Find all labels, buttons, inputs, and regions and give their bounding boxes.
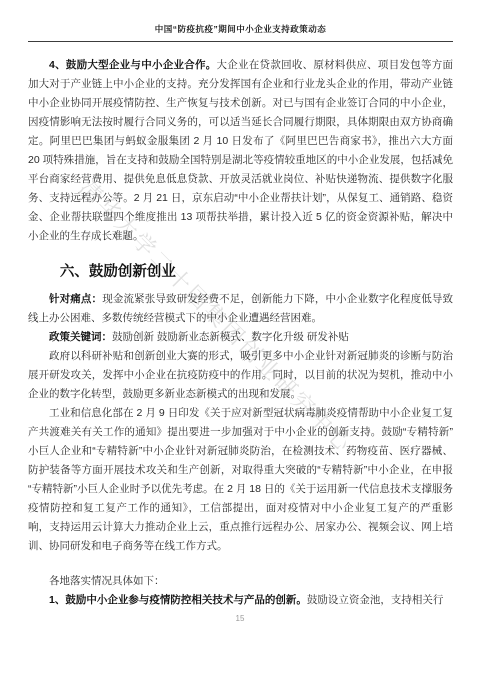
paragraph-text: 大企业在贷款回收、原材料供应、项目发包等方面加大对于产业链上中小企业的支持。充分… (28, 59, 453, 242)
paragraph: 各地落实情况具体如下： (28, 572, 453, 591)
paragraph-bold-lead: 针对痛点： (49, 293, 102, 305)
paragraph-text: 工业和信息化部在 2 月 9 日印发《关于应对新型冠状病毒肺炎疫情帮助中小企业复… (28, 407, 453, 552)
paragraph-bold-lead: 4、鼓励大型企业与中小企业合作。 (49, 59, 217, 71)
paragraph-text: 鼓励设立资金池，支持相关行 (307, 594, 444, 606)
header-divider-rule (28, 41, 453, 42)
paragraph-text: 各地落实情况具体如下： (49, 575, 165, 587)
paragraph: 政策关键词：鼓励创新 鼓励新业态新模式、数字化升级 研发补贴 (28, 328, 453, 347)
document-page: 中国“防疫抗疫”期间中小企业支持政策动态 清华大学二十国集团创业研究中心 4、鼓… (0, 0, 480, 679)
paragraph-bold-lead: 1、鼓励中小企业参与疫情防控相关技术与产品的创新。 (49, 594, 307, 606)
paragraph: 4、鼓励大型企业与中小企业合作。大企业在贷款回收、原材料供应、项目发包等方面加大… (28, 56, 453, 246)
page-number: 15 (0, 614, 480, 623)
page-header-title: 中国“防疫抗疫”期间中小企业支持政策动态 (28, 23, 453, 35)
paragraph: 政府以科研补贴和创新创业大赛的形式，吸引更多中小企业针对新冠肺炎的诊断与防治展开… (28, 347, 453, 404)
paragraph: 工业和信息化部在 2 月 9 日印发《关于应对新型冠状病毒肺炎疫情帮助中小企业复… (28, 404, 453, 556)
paragraph-text: 政府以科研补贴和创新创业大赛的形式，吸引更多中小企业针对新冠肺炎的诊断与防治展开… (28, 350, 453, 400)
paragraph: 1、鼓励中小企业参与疫情防控相关技术与产品的创新。鼓励设立资金池，支持相关行 (28, 591, 453, 610)
paragraph-bold-lead: 政策关键词： (49, 331, 112, 343)
paragraph: 针对痛点：现金流紧张导致研发经费不足，创新能力下降，中小企业数字化程度低导致线上… (28, 290, 453, 328)
section-heading: 六、鼓励创新创业 (28, 262, 453, 282)
paragraph-text: 鼓励创新 鼓励新业态新模式、数字化升级 研发补贴 (112, 331, 349, 343)
document-body: 4、鼓励大型企业与中小企业合作。大企业在贷款回收、原材料供应、项目发包等方面加大… (28, 56, 453, 610)
